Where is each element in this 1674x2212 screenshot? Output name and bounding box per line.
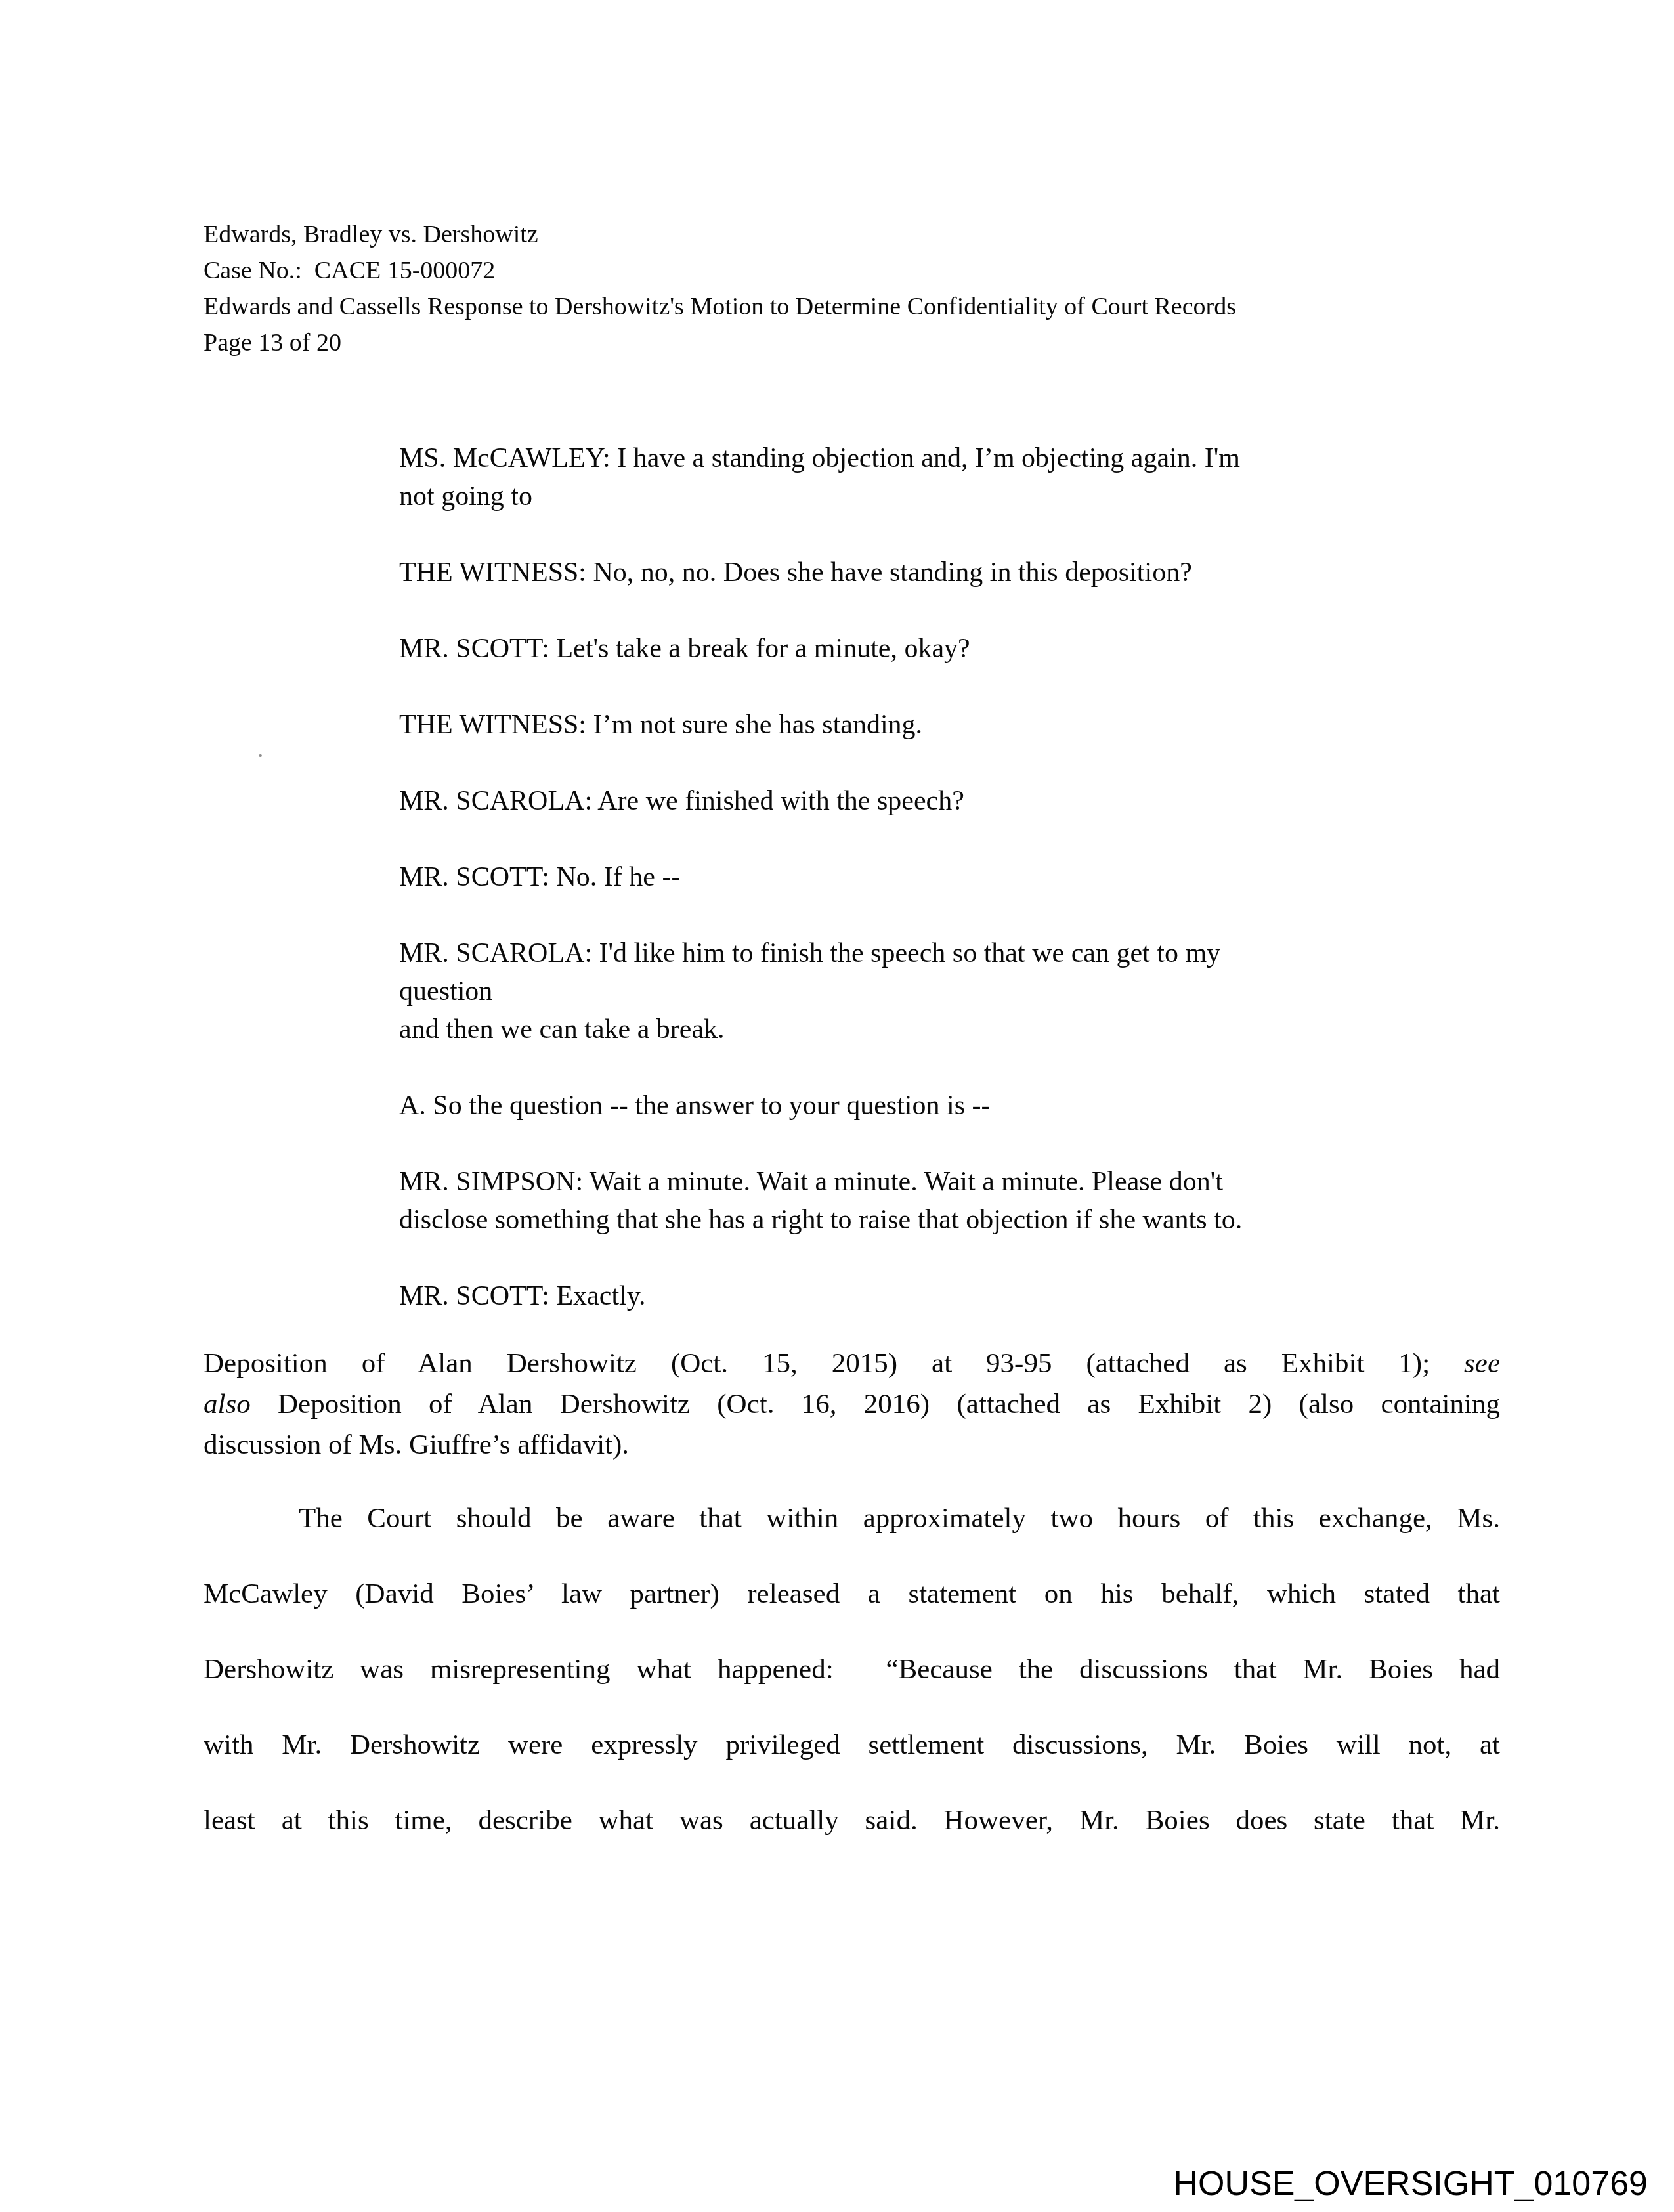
header-line: Case No.: CACE 15-000072 (204, 253, 1582, 289)
bates-number: HOUSE_OVERSIGHT_010769 (1173, 2164, 1648, 2203)
transcript-quote: MR. SCAROLA: Are we finished with the sp… (399, 782, 1548, 820)
body-paragraph: The Court should be aware that within ap… (204, 1481, 1500, 1858)
document-page: Edwards, Bradley vs. DershowitzCase No.:… (0, 0, 1674, 2212)
transcript-quote: THE WITNESS: No, no, no. Does she have s… (399, 553, 1548, 592)
body-line: The Court should be aware that within ap… (204, 1481, 1500, 1556)
text-run: discussion of Ms. Giuffre’s affidavit). (204, 1429, 629, 1460)
transcript-quote: MR. SCAROLA: I'd like him to finish the … (399, 934, 1548, 1049)
transcript-quote: MR. SCOTT: Exactly. (399, 1277, 1548, 1315)
citation-line: discussion of Ms. Giuffre’s affidavit). (204, 1425, 1500, 1465)
transcript-quote: MS. McCAWLEY: I have a standing objectio… (399, 439, 1548, 515)
case-caption-header: Edwards, Bradley vs. DershowitzCase No.:… (204, 217, 1582, 361)
body-line: least at this time, describe what was ac… (204, 1783, 1500, 1858)
text-run: Deposition of Alan Dershowitz (Oct. 15, … (204, 1348, 1464, 1379)
scan-speck (259, 754, 262, 757)
header-line: Edwards, Bradley vs. Dershowitz (204, 217, 1582, 253)
header-line: Edwards and Cassells Response to Dershow… (204, 289, 1582, 325)
transcript-excerpt: MS. McCAWLEY: I have a standing objectio… (399, 439, 1548, 1353)
transcript-quote: A. So the question -- the answer to your… (399, 1087, 1548, 1125)
body-line: with Mr. Dershowitz were expressly privi… (204, 1707, 1500, 1783)
citation-paragraph: Deposition of Alan Dershowitz (Oct. 15, … (204, 1343, 1500, 1465)
header-line: Page 13 of 20 (204, 325, 1582, 361)
body-line: Dershowitz was misrepresenting what happ… (204, 1632, 1500, 1707)
italic-text-run: see (1464, 1348, 1500, 1379)
text-run: Deposition of Alan Dershowitz (Oct. 16, … (251, 1389, 1500, 1420)
transcript-quote: MR. SIMPSON: Wait a minute. Wait a minut… (399, 1163, 1548, 1239)
transcript-quote: THE WITNESS: I’m not sure she has standi… (399, 706, 1548, 744)
italic-text-run: also (204, 1389, 251, 1420)
citation-line: also Deposition of Alan Dershowitz (Oct.… (204, 1384, 1500, 1425)
body-line: McCawley (David Boies’ law partner) rele… (204, 1556, 1500, 1632)
transcript-quote: MR. SCOTT: No. If he -- (399, 858, 1548, 896)
citation-line: Deposition of Alan Dershowitz (Oct. 15, … (204, 1343, 1500, 1384)
transcript-quote: MR. SCOTT: Let's take a break for a minu… (399, 630, 1548, 668)
